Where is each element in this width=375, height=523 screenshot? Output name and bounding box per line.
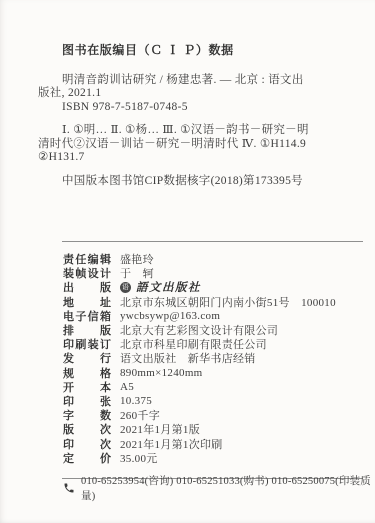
colophon-value: 语文出版社 新华书店经销 (120, 350, 256, 366)
cip-entry-line: 明清音韵训诂研究 / 杨建忠著. — 北京 : 语文出 (62, 74, 368, 88)
publisher-logo-icon: 语 (120, 282, 131, 293)
book-copyright-page: 图书在版编目（Ｃ Ｉ Ｐ）数据 明清音韵训诂研究 / 杨建忠著. — 北京 : … (0, 0, 375, 523)
colophon-value: A5 (120, 381, 134, 393)
colophon-row: 印次2021年1月第1次印刷 (63, 436, 336, 450)
contact-line: 010-65253954(咨询) 010-65251033(购书) 010-65… (63, 481, 375, 495)
cip-entry: 明清音韵训诂研究 / 杨建忠著. — 北京 : 语文出版社, 2021.1 (38, 74, 368, 101)
colophon-row: 印刷装订北京市科星印刷有限责任公司 (63, 337, 336, 351)
colophon-row: 装帧设计于 轲 (63, 266, 336, 280)
colophon-row: 定价35.00元 (63, 451, 336, 465)
colophon-row: 出版语語文出版社 (63, 280, 336, 294)
colophon-row: 字数260千字 (63, 408, 336, 422)
phone-icon (63, 482, 75, 494)
colophon-value: 890mm×1240mm (120, 367, 203, 379)
contact-phones: 010-65253954(咨询) 010-65251033(购书) 010-65… (81, 473, 375, 503)
cip-block: 图书在版编目（Ｃ Ｉ Ｐ）数据 明清音韵训诂研究 / 杨建忠著. — 北京 : … (38, 44, 368, 188)
cip-entry-line: 版社, 2021.1 (38, 87, 368, 101)
colophon-value: 北京市东城区朝阳门内南小街51号 100010 (120, 294, 336, 310)
isbn-line: ISBN 978-7-5187-0748-5 (62, 101, 368, 115)
cip-classification: Ⅰ. ①明… Ⅱ. ①杨… Ⅲ. ①汉语－韵书－研究－明清时代②汉语－训诂－研究… (38, 124, 368, 165)
cip-title: 图书在版编目（Ｃ Ｉ Ｐ）数据 (62, 44, 368, 58)
colophon-value: 10.375 (120, 395, 152, 407)
colophon-row: 电子信箱ywcbsywp@163.com (63, 309, 336, 323)
cip-classification-line: Ⅰ. ①明… Ⅱ. ①杨… Ⅲ. ①汉语－韵书－研究－明 (62, 124, 368, 138)
colophon-row: 规格890mm×1240mm (63, 366, 336, 380)
colophon-row: 地址北京市东城区朝阳门内南小街51号 100010 (63, 295, 336, 309)
colophon-row: 排版北京大有艺彩图文设计有限公司 (63, 323, 336, 337)
colophon-table: 责任编辑盛艳玲装帧设计于 轲出版语語文出版社地址北京市东城区朝阳门内南小街51号… (63, 252, 336, 465)
cip-record-line: 中国版本图书馆CIP数据核字(2018)第173395号 (62, 175, 368, 189)
cip-classification-line: ②H131.7 (38, 151, 368, 165)
colophon-row: 发行语文出版社 新华书店经销 (63, 351, 336, 365)
colophon-row: 开本A5 (63, 380, 336, 394)
colophon-value: ywcbsywp@163.com (120, 310, 220, 322)
colophon-label: 定价 (63, 450, 111, 466)
cip-classification-line: 清时代②汉语－训诂－研究－明清时代 Ⅳ. ①H114.9 (38, 138, 368, 152)
colophon-value: 35.00元 (120, 450, 158, 466)
colophon-row: 印张10.375 (63, 394, 336, 408)
divider-top (62, 241, 363, 242)
colophon-row: 版次2021年1月第1版 (63, 422, 336, 436)
colophon-row: 责任编辑盛艳玲 (63, 252, 336, 266)
